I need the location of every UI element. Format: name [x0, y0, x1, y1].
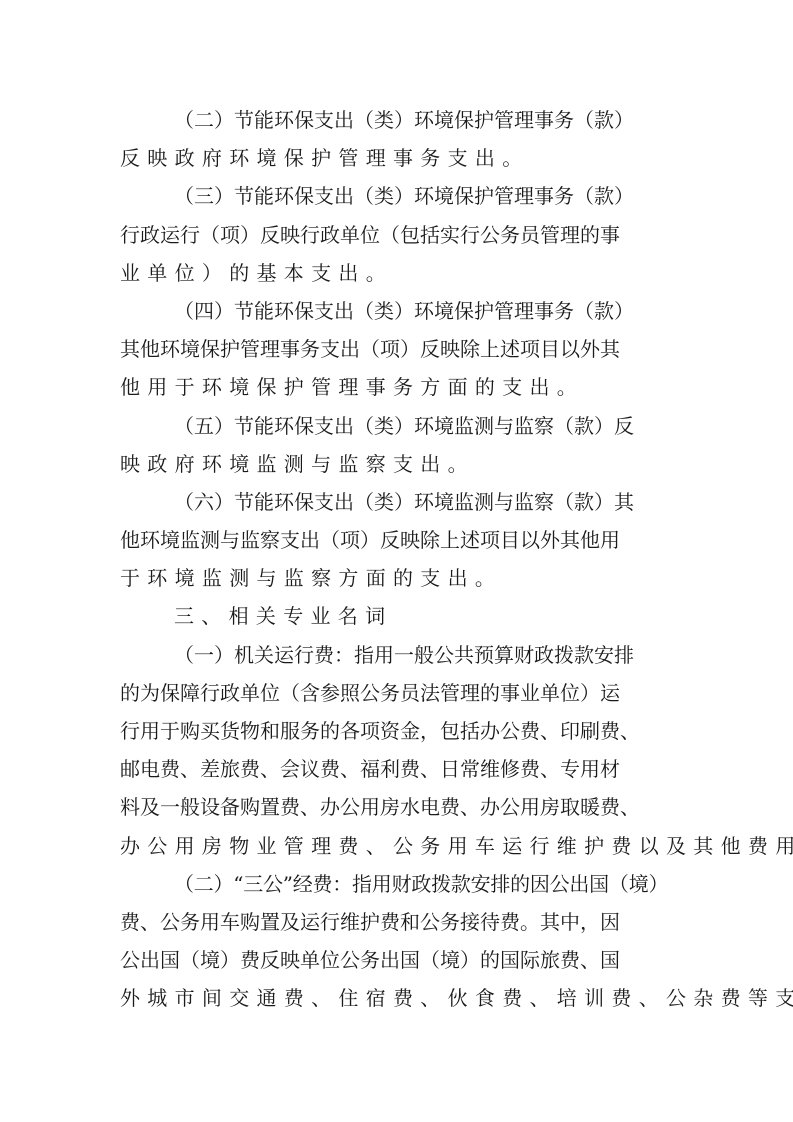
text-line: （六）节能环保支出（类）环境监测与监察（款）其	[120, 483, 668, 521]
paragraph-term-2: （二）“三公”经费：指用财政拨款安排的因公出国（境） 费、公务用车购置及运行维护…	[120, 865, 668, 1018]
text-line: （二）“三公”经费：指用财政拨款安排的因公出国（境）	[120, 865, 668, 903]
text-line: （三）节能环保支出（类）环境保护管理事务（款）	[120, 177, 668, 215]
text-line: 业单位）的基本支出。	[120, 254, 668, 292]
paragraph-term-1: （一）机关运行费：指用一般公共预算财政拨款安排 的为保障行政单位（含参照公务员法…	[120, 636, 668, 865]
text-line: （四）节能环保支出（类）环境保护管理事务（款）	[120, 292, 668, 330]
paragraph-item-5: （五）节能环保支出（类）环境监测与监察（款）反 映政府环境监测与监察支出。	[120, 407, 668, 483]
text-line: 办公用房物业管理费、公务用车运行维护费以及其他费用。	[120, 827, 668, 865]
text-line: 邮电费、差旅费、会议费、福利费、日常维修费、专用材	[120, 750, 668, 788]
text-line: 行用于购买货物和服务的各项资金，包括办公费、印刷费、	[120, 712, 668, 750]
text-line: 公出国（境）费反映单位公务出国（境）的国际旅费、国	[120, 941, 668, 979]
text-line: （一）机关运行费：指用一般公共预算财政拨款安排	[120, 636, 668, 674]
text-line: 于环境监测与监察方面的支出。	[120, 559, 668, 597]
paragraph-item-4: （四）节能环保支出（类）环境保护管理事务（款） 其他环境保护管理事务支出（项）反…	[120, 292, 668, 407]
text-line: 映政府环境监测与监察支出。	[120, 445, 668, 483]
text-line: 他用于环境保护管理事务方面的支出。	[120, 368, 668, 406]
text-line: （五）节能环保支出（类）环境监测与监察（款）反	[120, 407, 668, 445]
paragraph-item-6: （六）节能环保支出（类）环境监测与监察（款）其 他环境监测与监察支出（项）反映除…	[120, 483, 668, 598]
text-line: 反映政府环境保护管理事务支出。	[120, 139, 668, 177]
text-line: 行政运行（项）反映行政单位（包括实行公务员管理的事	[120, 216, 668, 254]
paragraph-item-3: （三）节能环保支出（类）环境保护管理事务（款） 行政运行（项）反映行政单位（包括…	[120, 177, 668, 292]
paragraph-item-2: （二）节能环保支出（类）环境保护管理事务（款） 反映政府环境保护管理事务支出。	[120, 101, 668, 177]
section-heading: 三、相关专业名词	[120, 597, 668, 635]
text-line: 料及一般设备购置费、办公用房水电费、办公用房取暖费、	[120, 788, 668, 826]
text-line: （二）节能环保支出（类）环境保护管理事务（款）	[120, 101, 668, 139]
text-line: 其他环境保护管理事务支出（项）反映除上述项目以外其	[120, 330, 668, 368]
document-page: （二）节能环保支出（类）环境保护管理事务（款） 反映政府环境保护管理事务支出。 …	[120, 101, 668, 1018]
text-line: 他环境监测与监察支出（项）反映除上述项目以外其他用	[120, 521, 668, 559]
text-line: 的为保障行政单位（含参照公务员法管理的事业单位）运	[120, 674, 668, 712]
text-line: 外城市间交通费、住宿费、伙食费、培训费、公杂费等支	[120, 979, 668, 1017]
heading-text: 三、相关专业名词	[120, 597, 668, 635]
text-line: 费、公务用车购置及运行维护费和公务接待费。其中，因	[120, 903, 668, 941]
